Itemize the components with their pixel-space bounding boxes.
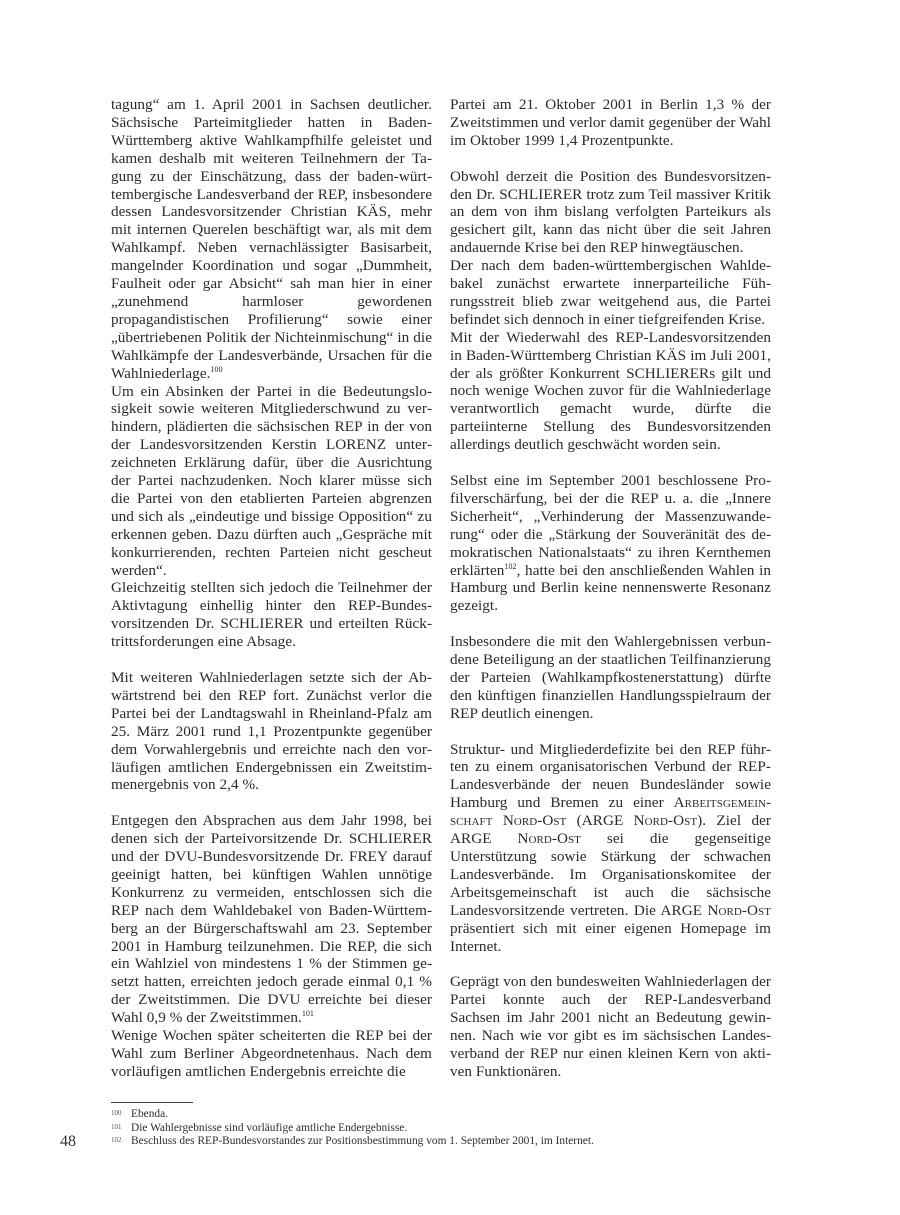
footnote-101: 101 Die Wahlergebnisse sind vorläufige a… (111, 1122, 771, 1136)
paragraph: Gleichzeitig stellten sich jedoch die Te… (111, 579, 432, 651)
footnote-100: 100 Ebenda. (111, 1108, 771, 1122)
paragraph: Mit der Wiederwahl des REP-Landesvorsitz… (450, 329, 771, 454)
paragraph: Partei am 21. Oktober 2001 in Berlin 1,3… (450, 96, 771, 150)
paragraph: Um ein Absinken der Partei in die Bedeut… (111, 383, 432, 580)
footnote-number: 100 (111, 1107, 122, 1121)
paragraph-text: Entgegen den Absprachen aus dem Jahr 199… (111, 812, 432, 1026)
footnote-text: Ebenda. (131, 1108, 168, 1120)
paragraph: Obwohl derzeit die Position des Bundesvo… (450, 168, 771, 258)
paragraph: tagung“ am 1. April 2001 in Sachsen deut… (111, 96, 432, 383)
paragraph-text: präsentiert sich mit einer ei­genen Home… (450, 920, 771, 955)
paragraph: Der nach dem baden-württembergischen Wah… (450, 257, 771, 329)
small-caps-term: Nord-Ost (517, 830, 580, 847)
footnote-text: Die Wahlergebnisse sind vorläufige amtli… (131, 1122, 407, 1134)
page-number: 48 (60, 1133, 76, 1151)
paragraph: Geprägt von den bundesweiten Wahlniederl… (450, 973, 771, 1080)
footnote-ref-102[interactable]: 102 (504, 562, 516, 571)
footnote-number: 102 (111, 1134, 122, 1148)
paragraph: Mit weiteren Wahlniederlagen setzte sich… (111, 669, 432, 794)
footnotes: 100 Ebenda. 101 Die Wahlergebnisse sind … (111, 1108, 771, 1149)
footnote-divider (111, 1102, 193, 1103)
paragraph: Selbst eine im September 2001 beschlosse… (450, 472, 771, 615)
paragraph: Entgegen den Absprachen aus dem Jahr 199… (111, 812, 432, 1027)
paragraph: Struktur- und Mitgliederdefizite bei den… (450, 741, 771, 956)
footnote-102: 102 Beschluss des REP-Bundesvorstandes z… (111, 1135, 771, 1149)
small-caps-term: Nord-Ost (708, 902, 771, 919)
left-column: tagung“ am 1. April 2001 in Sachsen deut… (111, 96, 432, 1081)
paragraph-text: tagung“ am 1. April 2001 in Sachsen deut… (111, 96, 432, 382)
right-column: Partei am 21. Oktober 2001 in Berlin 1,3… (450, 96, 771, 1081)
small-caps-term: Nord-Ost (634, 812, 697, 829)
paragraph-text: (ARGE (566, 812, 633, 829)
footnote-ref-100[interactable]: 100 (210, 365, 222, 374)
footnote-ref-101[interactable]: 101 (302, 1009, 314, 1018)
paragraph: Insbesondere die mit den Wahlergebnissen… (450, 633, 771, 723)
paragraph: Wenige Wochen später scheiterten die REP… (111, 1027, 432, 1081)
footnote-text: Beschluss des REP-Bundesvorstandes zur P… (131, 1135, 594, 1147)
footnote-number: 101 (111, 1121, 122, 1135)
